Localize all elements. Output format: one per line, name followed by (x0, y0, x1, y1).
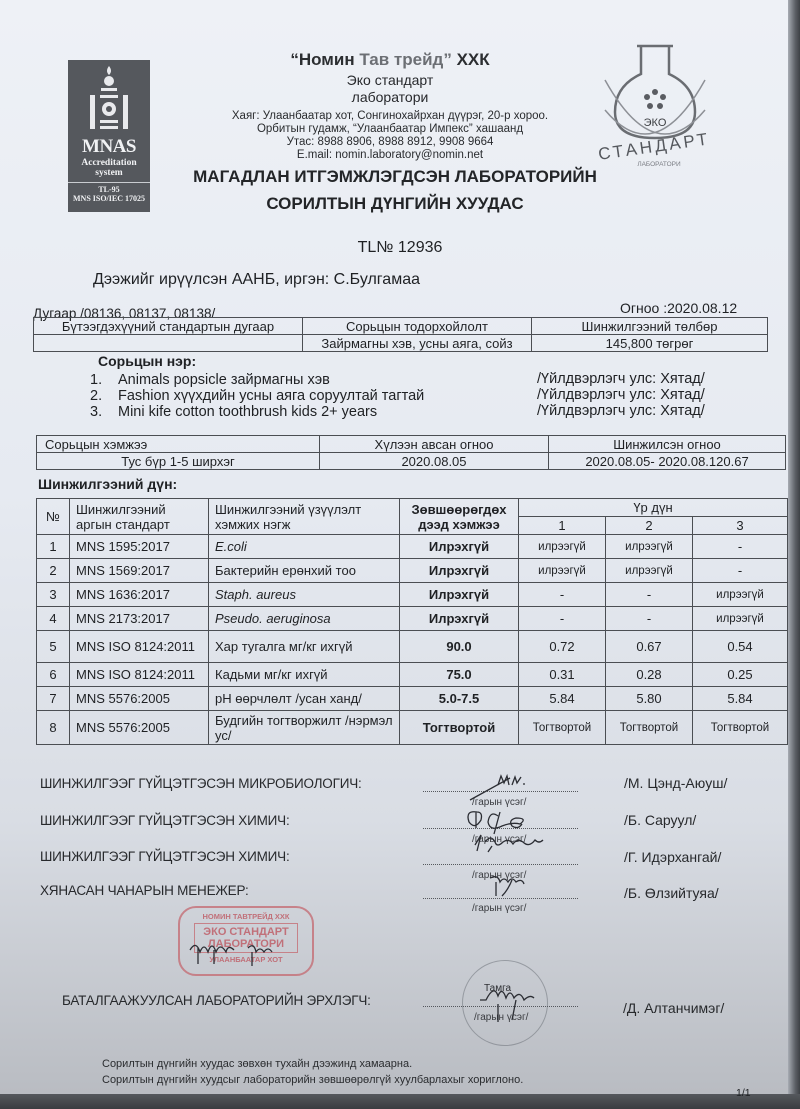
cell-indicator: Staph. aureus (209, 583, 400, 607)
info-header-description: Сорьцын тодорхойлолт (303, 318, 532, 335)
sample-sender: Дээжийг ирүүлсэн ААНБ, иргэн: С.Булгамаа (93, 271, 420, 289)
signature-role: БАТАЛГААЖУУЛСАН ЛАБОРАТОРИЙН ЭРХЛЭГЧ: (62, 993, 371, 1008)
cell-result3: 5.84 (693, 687, 788, 711)
page-number: 1/1 (736, 1087, 751, 1099)
mnas-code2: MNS ISO/IEC 17025 (68, 194, 150, 203)
signature-name: /Г. Идэрхангай/ (624, 849, 721, 865)
signature-hint: /гарын үсэг/ (472, 870, 526, 881)
signature-role: ХЯНАСАН ЧАНАРЫН МЕНЕЖЕР: (40, 883, 249, 898)
results-table: № Шинжилгээний аргын стандарт Шинжилгээн… (36, 498, 788, 745)
cell-result1: илрээгүй (519, 535, 606, 559)
stamp-mid1: ЭКО СТАНДАРТ (195, 926, 297, 938)
table-row: 7MNS 5576:2005pH өөрчлөлт /усан ханд/5.0… (37, 687, 788, 711)
document-title-line1: МАГАДЛАН ИТГЭМЖЛЭГДСЭН ЛАБОРАТОРИЙН (150, 167, 640, 187)
mnas-subtitle: Accreditation system (68, 158, 150, 178)
cell-indicator: Бактерийн ерөнхий тоо (209, 559, 400, 583)
signature-role: ШИНЖИЛГЭЭГ ГҮЙЦЭТГЭСЭН МИКРОБИОЛОГИЧ: (40, 776, 362, 791)
col-limit-header: Зөвшөөрөгдөх дээд хэмжээ (400, 499, 519, 535)
mnas-codes: TL-95 MNS ISO/IEC 17025 (68, 182, 150, 203)
samples-title: Сорьцын нэр: (98, 353, 196, 369)
mnas-code1: TL-95 (68, 185, 150, 194)
cell-result3: 0.54 (693, 631, 788, 663)
cell-result1: 0.31 (519, 663, 606, 687)
col-no-header: № (37, 499, 70, 535)
cell-method: MNS ISO 8124:2011 (70, 663, 209, 687)
info-value-description: Зайрмагны хэв, усны аяга, сойз (303, 335, 532, 352)
mnas-sub1: Accreditation (68, 158, 150, 168)
signature-hint: /гарын үсэг/ (472, 797, 526, 808)
table-row: 5MNS ISO 8124:2011Хар тугалга мг/кг ихгү… (37, 631, 788, 663)
table-row: 1MNS 1595:2017E.coliИлрэхгүйилрээгүйилрэ… (37, 535, 788, 559)
phone: Утас: 8988 8906, 8988 8912, 9908 9664 (170, 136, 610, 148)
cell-no: 6 (37, 663, 70, 687)
cell-indicator: Pseudo. aeruginosa (209, 607, 400, 631)
company-mid: Тав трейд” (359, 50, 452, 69)
cell-no: 5 (37, 631, 70, 663)
svg-text:СТАНДАРТ: СТАНДАРТ (597, 129, 712, 164)
cell-result1: 0.72 (519, 631, 606, 663)
company-suffix: ХХК (452, 50, 490, 69)
info-header-fee: Шинжилгээний төлбөр (532, 318, 768, 335)
round-seal (462, 960, 548, 1046)
signature-name: /Б. Саруул/ (624, 812, 696, 828)
footer-note2: Сорилтын дүнгийн хуудсыг лабораторийн зө… (102, 1074, 523, 1086)
cell-limit: Илрэхгүй (400, 559, 519, 583)
cell-result2: илрээгүй (606, 535, 693, 559)
sample-size-header: Сорьцын хэмжээ (37, 436, 320, 453)
page-edge-shadow (788, 0, 800, 1109)
table-row: 8MNS 5576:2005Будгийн тогтворжилт /нэрмэ… (37, 711, 788, 745)
mnas-title: MNAS (68, 136, 150, 158)
cell-indicator: Будгийн тогтворжилт /нэрмэл ус/ (209, 711, 400, 745)
cell-method: MNS ISO 8124:2011 (70, 631, 209, 663)
signature-line (423, 827, 578, 829)
cell-result3: илрээгүй (693, 583, 788, 607)
stamp-top-text: НОМИН ТАВТРЕЙД ХХК (180, 912, 312, 921)
sample-origin: /Үйлдвэрлэгч улс: Хятад/ (537, 371, 705, 387)
cell-result1: - (519, 583, 606, 607)
sample-num: 1. (90, 372, 102, 388)
sample-dates-table: Сорьцын хэмжээ Хүлээн авсан огноо Шинжил… (36, 435, 786, 470)
company-stamp: НОМИН ТАВТРЕЙД ХХК ЭКО СТАНДАРТ ЛАБОРАТО… (178, 906, 314, 976)
stamp-mid2: ЛАБОРАТОРИ (195, 938, 297, 950)
table-row: 2MNS 1569:2017Бактерийн ерөнхий тооИлрэх… (37, 559, 788, 583)
cell-indicator: Кадьми мг/кг ихгүй (209, 663, 400, 687)
cell-no: 3 (37, 583, 70, 607)
cell-result3: - (693, 535, 788, 559)
signature-hint: /гарын үсэг/ (472, 903, 526, 914)
seal-label: Тамга (484, 983, 511, 994)
soyombo-emblem-icon (68, 64, 150, 134)
stamp-inner: ЭКО СТАНДАРТ ЛАБОРАТОРИ (194, 923, 298, 953)
table-row: 3MNS 1636:2017Staph. aureusИлрэхгүй--илр… (37, 583, 788, 607)
cell-result1: Тогтвортой (519, 711, 606, 745)
cell-result2: 5.80 (606, 687, 693, 711)
signature-name: /Д. Алтанчимэг/ (623, 1000, 724, 1016)
info-header-standard: Бүтээгдэхүүний стандартын дугаар (34, 318, 303, 335)
cell-result3: Тогтвортой (693, 711, 788, 745)
cell-result1: - (519, 607, 606, 631)
signature-hint: /гарын үсэг/ (474, 1012, 528, 1023)
tested-date-value: 2020.08.05- 2020.08.120.67 (549, 453, 786, 470)
cell-result2: - (606, 583, 693, 607)
sample-name: Mini kife cotton toothbrush kids 2+ year… (118, 404, 377, 420)
col-result3-header: 3 (693, 517, 788, 535)
document-date: Огноо :2020.08.12 (620, 300, 737, 316)
cell-result2: 0.67 (606, 631, 693, 663)
info-value-fee: 145,800 төгрөг (532, 335, 768, 352)
document-title-line2: СОРИЛТЫН ДҮНГИЙН ХУУДАС (150, 194, 640, 214)
signature-name: /Б. Өлзийтуяа/ (624, 885, 719, 901)
cell-no: 7 (37, 687, 70, 711)
document-page: MNAS Accreditation system TL-95 MNS ISO/… (0, 0, 790, 1094)
address-line2: Орбитын гудамж, “Улаанбаатар Импекс” хаш… (170, 123, 610, 135)
results-title: Шинжилгээний дүн: (38, 476, 177, 492)
cell-no: 4 (37, 607, 70, 631)
cell-limit: Илрэхгүй (400, 607, 519, 631)
cell-result3: 0.25 (693, 663, 788, 687)
col-indicator-header: Шинжилгээний үзүүлэлт хэмжих нэгж (209, 499, 400, 535)
info-value-standard (34, 335, 303, 352)
signature-role: ШИНЖИЛГЭЭГ ГҮЙЦЭТГЭСЭН ХИМИЧ: (40, 813, 290, 828)
tl-number: TL№ 12936 (300, 239, 500, 257)
cell-indicator: E.coli (209, 535, 400, 559)
mnas-accreditation-logo: MNAS Accreditation system TL-95 MNS ISO/… (68, 60, 150, 212)
received-date-value: 2020.08.05 (320, 453, 549, 470)
col-result-header: Үр дүн (519, 499, 788, 517)
cell-method: MNS 5576:2005 (70, 687, 209, 711)
signature-line (423, 1005, 578, 1007)
signature-line (423, 897, 578, 899)
received-date-header: Хүлээн авсан огноо (320, 436, 549, 453)
bottom-edge-shadow (0, 1094, 800, 1109)
col-method-header: Шинжилгээний аргын стандарт (70, 499, 209, 535)
cell-limit: 5.0-7.5 (400, 687, 519, 711)
cell-limit: Илрэхгүй (400, 583, 519, 607)
cell-limit: Илрэхгүй (400, 535, 519, 559)
signature-line (423, 863, 578, 865)
sample-origin: /Үйлдвэрлэгч улс: Хятад/ (537, 403, 705, 419)
cell-limit: Тогтвортой (400, 711, 519, 745)
svg-text:ЛАБОРАТОРИ: ЛАБОРАТОРИ (637, 161, 681, 168)
signature-line (423, 790, 578, 792)
signature-name: /М. Цэнд-Аюуш/ (624, 775, 727, 791)
cell-indicator: pH өөрчлөлт /усан ханд/ (209, 687, 400, 711)
cell-result3: - (693, 559, 788, 583)
cell-no: 8 (37, 711, 70, 745)
sample-size-value: Тус бүр 1-5 ширхэг (37, 453, 320, 470)
table-row: 4MNS 2173:2017Pseudo. aeruginosaИлрэхгүй… (37, 607, 788, 631)
cell-indicator: Хар тугалга мг/кг ихгүй (209, 631, 400, 663)
company-prefix: “Номин (290, 50, 359, 69)
cell-result2: - (606, 607, 693, 631)
cell-result2: Тогтвортой (606, 711, 693, 745)
table-row: 6MNS ISO 8124:2011Кадьми мг/кг ихгүй75.0… (37, 663, 788, 687)
cell-limit: 90.0 (400, 631, 519, 663)
tested-date-header: Шинжилсэн огноо (549, 436, 786, 453)
cell-result1: илрээгүй (519, 559, 606, 583)
sample-num: 3. (90, 404, 102, 420)
cell-method: MNS 5576:2005 (70, 711, 209, 745)
cell-no: 1 (37, 535, 70, 559)
cell-method: MNS 2173:2017 (70, 607, 209, 631)
mnas-sub2: system (68, 168, 150, 178)
sample-num: 2. (90, 388, 102, 404)
lab-name-line2: лаборатори (200, 89, 580, 105)
company-name: “Номин Тав трейд” ХХК (200, 50, 580, 70)
sample-name: Animals popsicle зайрмагны хэв (118, 372, 330, 388)
cell-method: MNS 1636:2017 (70, 583, 209, 607)
cell-method: MNS 1569:2017 (70, 559, 209, 583)
sample-name: Fashion хүүхдийн усны аяга соруултай таг… (118, 388, 424, 404)
cell-no: 2 (37, 559, 70, 583)
info-table: Бүтээгдэхүүний стандартын дугаар Сорьцын… (33, 317, 768, 352)
address-line1: Хаяг: Улаанбаатар хот, Сонгинохайрхан дү… (170, 110, 610, 122)
svg-text:ЭКО: ЭКО (644, 117, 667, 129)
stamp-bottom-text: УЛААНБААТАР ХОТ (180, 955, 312, 964)
footer-note1: Сорилтын дүнгийн хуудас зөвхөн тухайн дэ… (102, 1058, 412, 1070)
sample-origin: /Үйлдвэрлэгч улс: Хятад/ (537, 387, 705, 403)
signature-hint: /гарын үсэг/ (472, 834, 526, 845)
lab-name-line1: Эко стандарт (200, 72, 580, 88)
email: E.mail: nomin.laboratory@nomin.net (170, 149, 610, 161)
eco-standard-logo-icon: ЭКО СТАНДАРТ ЛАБОРАТОРИ (595, 40, 715, 170)
cell-method: MNS 1595:2017 (70, 535, 209, 559)
cell-limit: 75.0 (400, 663, 519, 687)
cell-result1: 5.84 (519, 687, 606, 711)
col-result2-header: 2 (606, 517, 693, 535)
signature-role: ШИНЖИЛГЭЭГ ГҮЙЦЭТГЭСЭН ХИМИЧ: (40, 849, 290, 864)
cell-result2: 0.28 (606, 663, 693, 687)
cell-result2: илрээгүй (606, 559, 693, 583)
col-result1-header: 1 (519, 517, 606, 535)
cell-result3: илрээгүй (693, 607, 788, 631)
